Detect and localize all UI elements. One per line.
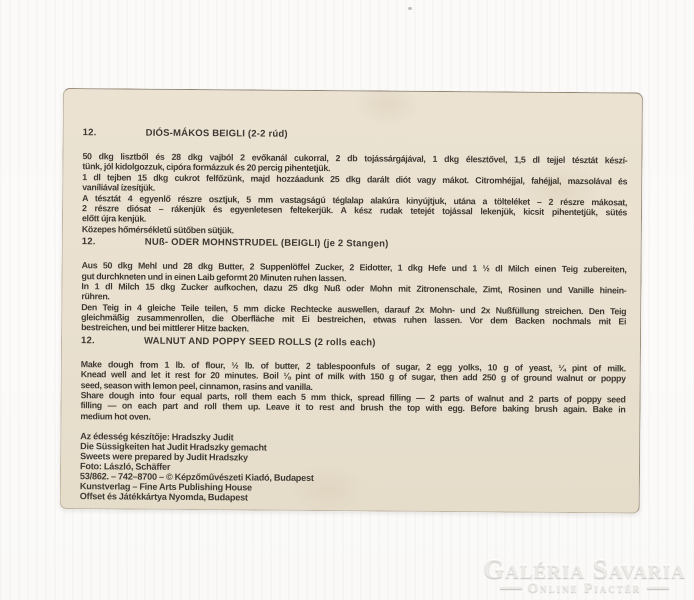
- watermark: Galéria Savaria Online Piactér: [477, 557, 692, 595]
- section-heading: 12.DIÓS-MÁKOS BEIGLI (2-2 rúd): [83, 128, 628, 142]
- watermark-dash-left: [500, 587, 522, 589]
- section-title: NUß- ODER MOHNSTRUDEL (BEIGLI) (je 2 Sta…: [145, 238, 389, 250]
- section-title: WALNUT AND POPPY SEED ROLLS (2 rolls eac…: [144, 337, 376, 349]
- section-heading: 12.WALNUT AND POPPY SEED ROLLS (2 rolls …: [81, 336, 626, 350]
- watermark-subtitle-text: Online Piactér: [528, 581, 642, 595]
- dust-speck: [408, 7, 412, 10]
- section-number: 12.: [83, 128, 146, 138]
- recipe-section: 12.DIÓS-MÁKOS BEIGLI (2-2 rúd)50 dkg lis…: [82, 128, 628, 238]
- section-number: 12.: [81, 336, 144, 346]
- section-title: DIÓS-MÁKOS BEIGLI (2-2 rúd): [146, 129, 288, 140]
- section-number: 12.: [82, 237, 145, 247]
- section-heading: 12.NUß- ODER MOHNSTRUDEL (BEIGLI) (je 2 …: [82, 237, 627, 251]
- credits-block: Az édesség készítője: Hradszky JuditDie …: [80, 431, 626, 505]
- scan-background: 12.DIÓS-MÁKOS BEIGLI (2-2 rúd)50 dkg lis…: [0, 0, 694, 600]
- card-content: 12.DIÓS-MÁKOS BEIGLI (2-2 rúd)50 dkg lis…: [61, 89, 642, 513]
- watermark-dash-right: [647, 587, 669, 589]
- watermark-title: Galéria Savaria: [477, 557, 692, 581]
- recipe-section: 12.NUß- ODER MOHNSTRUDEL (BEIGLI) (je 2 …: [81, 237, 627, 337]
- recipe-postcard: 12.DIÓS-MÁKOS BEIGLI (2-2 rúd)50 dkg lis…: [60, 88, 643, 514]
- recipe-section: 12.WALNUT AND POPPY SEED ROLLS (2 rolls …: [80, 336, 626, 426]
